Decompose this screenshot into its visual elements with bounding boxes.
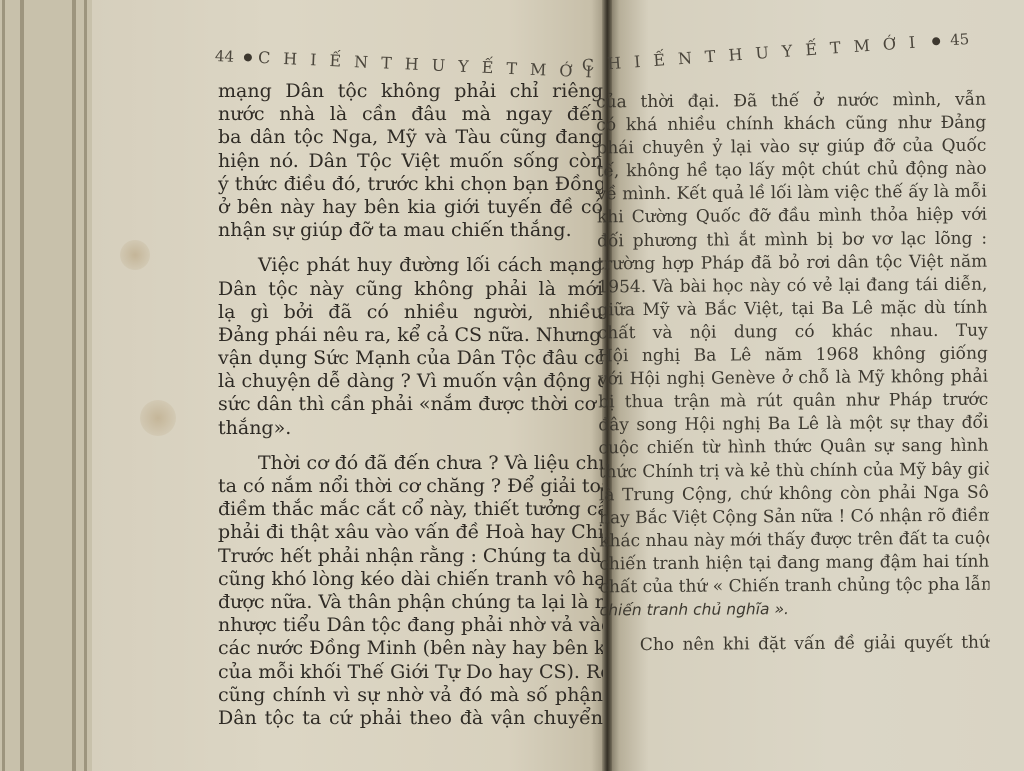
text-line: sức dân thì cần phải «nắm được thời cơ q…	[218, 393, 603, 416]
text-line: khác nhau này mới thấy được trên đất ta …	[599, 527, 989, 553]
text-line: ý thức điều đó, trước khi chọn bạn Đồng …	[218, 173, 603, 196]
text-line: mạng Dân tộc không phải chỉ riêng	[218, 80, 603, 103]
text-line: Dân tộc này cũng không phải là mới	[218, 278, 603, 301]
text-line: được nữa. Và thân phận chúng ta lại là m…	[218, 591, 603, 614]
text-line: đối phương thì ắt mình bị bơ vơ lạc lõng…	[597, 227, 987, 253]
text-line: lạ gì bởi đã có nhiều người, nhiều	[218, 301, 603, 324]
text-line: thức Chính trị và kẻ thù chính của Mỹ bâ…	[599, 458, 989, 484]
text-line: điềm thắc mắc cắt cổ này, thiết tưởng cầ…	[218, 498, 603, 521]
text-line: giữa Mỹ và Bắc Việt, tại Ba Lê mặc dù tí…	[597, 296, 987, 322]
text-line: chất và nội dung có khác nhau. Tuy	[598, 320, 988, 346]
text-line: các nước Đồng Minh (bên này hay bên kia	[218, 637, 603, 660]
page-edge-line	[2, 0, 5, 771]
text-line: Thời cơ đó đã đến chưa ? Và liệu chúng	[218, 452, 603, 475]
page-edges	[0, 0, 92, 771]
text-line: phái chuyên ỷ lại vào sự giúp đỡ của Quố…	[596, 135, 986, 161]
text-line: đây song Hội nghị Ba Lê là một sự thay đ…	[598, 412, 988, 438]
text-line: chất của thứ « Chiến tranh chủng tộc pha…	[599, 574, 989, 600]
text-line: ở bên này hay bên kia giới tuyến đề có	[218, 196, 603, 219]
page-edge-line	[72, 0, 76, 771]
text-line: ta có nắm nổi thời cơ chăng ? Để giải to…	[218, 475, 603, 498]
text-line: nhận sự giúp đỡ ta mau chiến thắng.	[218, 219, 603, 242]
paragraph-gap	[218, 440, 603, 452]
left-page-body: mạng Dân tộc không phải chỉ riêngnước nh…	[218, 80, 603, 730]
text-line: của mỗi khối Thế Giới Tự Do hay CS). Rồi	[218, 661, 603, 684]
text-line: nước nhà là cần đâu mà ngay đến	[218, 103, 603, 126]
text-line: chiến tranh hiện tại đang mang đậm hai t…	[599, 551, 989, 577]
text-line: ba dân tộc Nga, Mỹ và Tàu cũng đang	[218, 126, 603, 149]
text-line: là chuyện dễ dàng ? Vì muốn vận động đượ…	[218, 370, 603, 393]
page-edge-line	[20, 0, 24, 771]
text-line: khi Cường Quốc đỡ đầu mình thỏa hiệp với	[597, 204, 987, 230]
text-line: chiến tranh chủ nghĩa ».	[600, 597, 990, 623]
text-line: nhược tiểu Dân tộc đang phải nhờ vả vào	[218, 614, 603, 637]
page-edge-line	[84, 0, 87, 771]
text-line: Cho nên khi đặt vấn đề giải quyết thứ	[600, 632, 990, 658]
paper-stain	[120, 240, 150, 270]
text-line: với Hội nghị Genève ở chỗ là Mỹ không ph…	[598, 366, 988, 392]
text-line: của thời đại. Đã thế ở nước mình, vẫn	[596, 89, 986, 115]
open-book-photo: 44CHIẾNTHUYẾTMỚI CHIẾNTHUYẾTMỚI45 mạng D…	[0, 0, 1024, 771]
text-line: cuộc chiến từ hình thức Quân sự sang hìn…	[598, 435, 988, 461]
right-page-number: 45	[950, 30, 970, 49]
text-line: có khá nhiều chính khách cũng như Đảng	[596, 112, 986, 138]
text-line: Trước hết phải nhận rằng : Chúng ta dù m…	[218, 545, 603, 568]
text-line: Dân tộc ta cứ phải theo đà vận chuyển	[218, 707, 603, 730]
text-line: cũng chính vì sự nhờ vả đó mà số phận	[218, 684, 603, 707]
bullet-icon	[932, 36, 941, 45]
text-line: về mình. Kết quả lề lối làm việc thế ấy …	[597, 181, 987, 207]
right-page-body: của thời đại. Đã thế ở nước mình, vẫncó …	[596, 89, 990, 658]
paper-stain	[140, 400, 176, 436]
text-line: cũng khó lòng kéo dài chiến tranh vô hạn	[218, 568, 603, 591]
text-line: 1954. Và bài học này có vẻ lại đang tái …	[597, 273, 987, 299]
text-line: hay Bắc Việt Cộng Sản nữa ! Có nhận rõ đ…	[599, 504, 989, 530]
text-line: tế, không hề tạo lấy một chút chủ động n…	[597, 158, 987, 184]
text-line: bị thua trận mà rút quân như Pháp trước	[598, 389, 988, 415]
text-line: thắng».	[218, 417, 603, 440]
text-line: phải đi thật xâu vào vấn đề Hoà hay Chiế…	[218, 521, 603, 544]
text-line: Đảng phái nêu ra, kể cả CS nữa. Nhưng vi…	[218, 324, 603, 347]
text-line: Hội nghị Ba Lê năm 1968 không giống	[598, 343, 988, 369]
text-line: Việc phát huy đường lối cách mạng	[218, 254, 603, 277]
bullet-icon	[244, 53, 252, 61]
text-line: hiện nó. Dân Tộc Việt muốn sống còn	[218, 150, 603, 173]
text-line: vận dụng Sức Mạnh của Dân Tộc đâu có phả…	[218, 347, 603, 370]
text-line: trường hợp Pháp đã bỏ rơi dân tộc Việt n…	[597, 250, 987, 276]
text-line: là Trung Cộng, chứ không còn phải Nga Sô	[599, 481, 989, 507]
paragraph-gap	[218, 242, 603, 254]
left-page-number: 44	[215, 47, 235, 66]
